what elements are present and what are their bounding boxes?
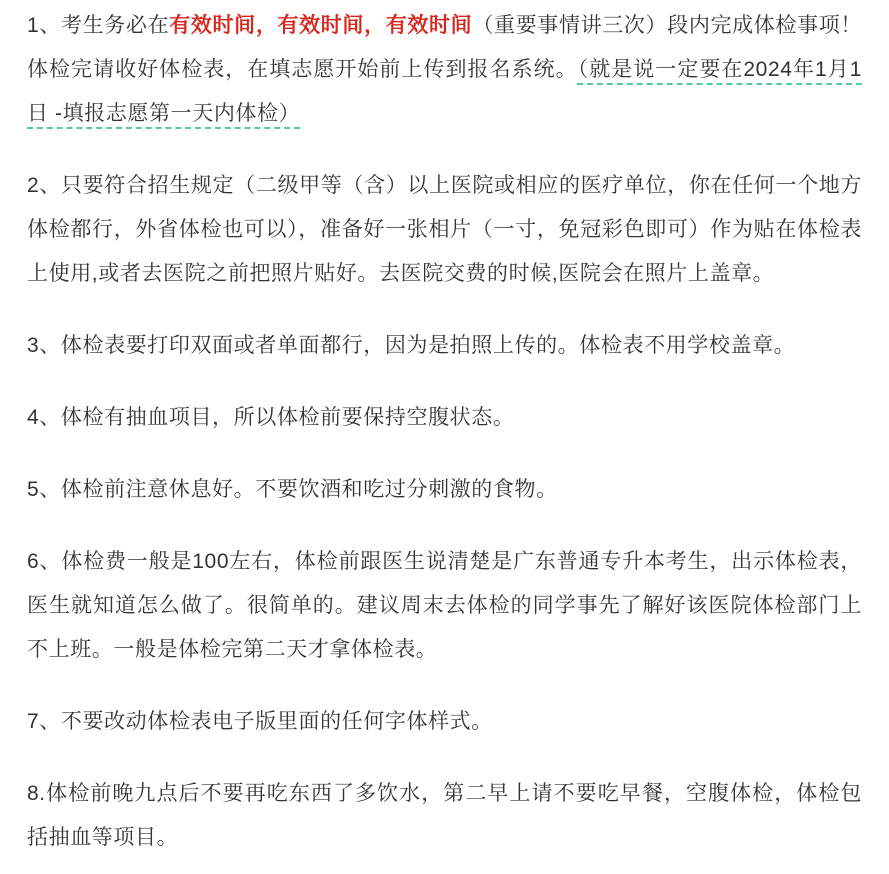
text-segment: 3、体检表要打印双面或者单面都行，因为是拍照上传的。体检表不用学校盖章。 bbox=[27, 334, 795, 357]
list-item-1: 1、考生务必在有效时间，有效时间，有效时间（重要事情讲三次）段内完成体检事项！体… bbox=[27, 4, 862, 136]
text-segment: 4、体检有抽血项目，所以体检前要保持空腹状态。 bbox=[27, 406, 514, 429]
list-item-6: 6、体检费一般是100左右，体检前跟医生说清楚是广东普通专升本考生，出示体检表，… bbox=[27, 540, 862, 672]
list-item-5: 5、体检前注意休息好。不要饮酒和吃过分刺激的食物。 bbox=[27, 468, 862, 512]
list-item-8: 8.体检前晚九点后不要再吃东西了多饮水，第二早上请不要吃早餐，空腹体检，体检包括… bbox=[27, 772, 862, 860]
list-item-3: 3、体检表要打印双面或者单面都行，因为是拍照上传的。体检表不用学校盖章。 bbox=[27, 324, 862, 368]
text-segment: 6、体检费一般是100左右，体检前跟医生说清楚是广东普通专升本考生，出示体检表，… bbox=[27, 550, 862, 661]
text-segment: 1、考生务必在 bbox=[27, 14, 169, 37]
document-body: 1、考生务必在有效时间，有效时间，有效时间（重要事情讲三次）段内完成体检事项！体… bbox=[0, 0, 889, 860]
list-item-7: 7、不要改动体检表电子版里面的任何字体样式。 bbox=[27, 700, 862, 744]
text-segment: 7、不要改动体检表电子版里面的任何字体样式。 bbox=[27, 710, 493, 733]
list-item-4: 4、体检有抽血项目，所以体检前要保持空腹状态。 bbox=[27, 396, 862, 440]
list-item-2: 2、只要符合招生规定（二级甲等（含）以上医院或相应的医疗单位，你在任何一个地方体… bbox=[27, 164, 862, 296]
text-segment: 8.体检前晚九点后不要再吃东西了多饮水，第二早上请不要吃早餐，空腹体检，体检包括… bbox=[27, 782, 862, 849]
text-segment: 2、只要符合招生规定（二级甲等（含）以上医院或相应的医疗单位，你在任何一个地方体… bbox=[27, 174, 862, 285]
highlighted-red-text: 有效时间，有效时间，有效时间 bbox=[169, 14, 472, 37]
text-segment: 5、体检前注意休息好。不要饮酒和吃过分刺激的食物。 bbox=[27, 478, 558, 501]
